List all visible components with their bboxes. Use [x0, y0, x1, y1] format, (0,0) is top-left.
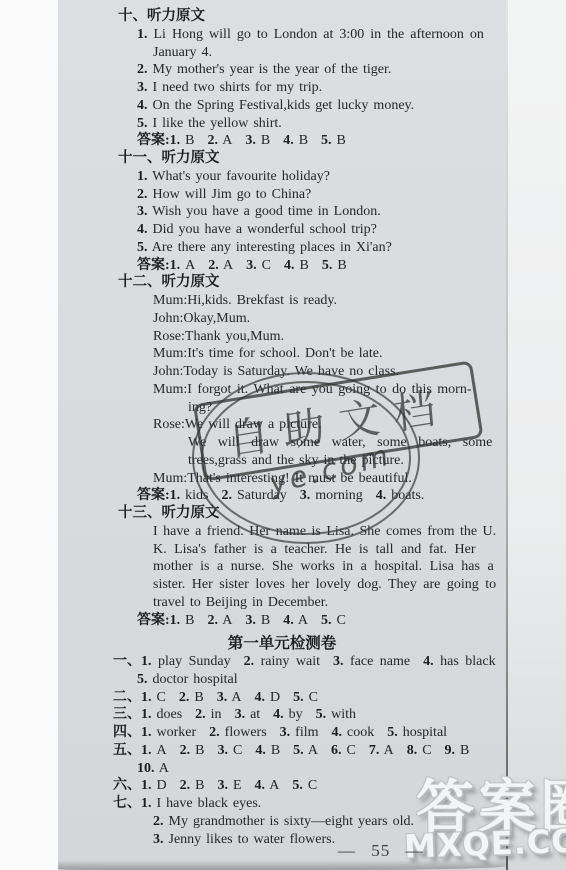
doc-line: 六、1. D2. B3. E4. A5. C	[113, 777, 506, 795]
doc-line: 十、听力原文	[118, 8, 506, 26]
doc-line: 七、1. I have black eyes.	[113, 795, 506, 813]
doc-line: 3. I need two shirts for my trip.	[137, 79, 506, 97]
page-edge-line	[506, 0, 508, 870]
doc-line: 十三、听力原文	[118, 505, 506, 523]
doc-line: 3. Jenny likes to water flowers.	[153, 831, 506, 849]
document-lines: 十、听力原文1. Li Hong will go to London at 3:…	[58, 8, 506, 848]
doc-line: 2. My grandmother is sixty—eight years o…	[153, 813, 506, 831]
doc-line: 十二、听力原文	[118, 274, 506, 292]
doc-line: 答案:1. B2. A3. B4. B5. B	[137, 132, 506, 150]
doc-line: 五、1. A2. B3. C4. B5. A6. C7. A8. C9. B	[113, 742, 506, 760]
doc-line: Mum:Hi,kids. Brekfast is ready.	[153, 292, 506, 310]
doc-line: trees,grass and the sky in the picture.	[188, 452, 506, 470]
doc-line: January 4.	[153, 44, 506, 62]
doc-line: 四、1. worker2. flowers3. film4. cook5. ho…	[113, 724, 506, 742]
doc-line: Mum:That's interesting! It must be beaut…	[153, 470, 506, 488]
doc-line: John:Okay,Mum.	[153, 310, 506, 328]
doc-line: 2. My mother's year is the year of the t…	[137, 61, 506, 79]
doc-line: 1. What's your favourite holiday?	[137, 168, 506, 186]
doc-line: Rose:Thank you,Mum.	[153, 328, 506, 346]
doc-line: John:Today is Saturday. We have no class…	[153, 363, 506, 381]
doc-line: mother is a nurse. She works in a hospit…	[153, 558, 506, 576]
doc-line: Rose:We will draw a picture.	[153, 416, 506, 434]
doc-line: 4. On the Spring Festival,kids get lucky…	[137, 97, 506, 115]
doc-line: 2. How will Jim go to China?	[137, 186, 506, 204]
doc-line: 5. doctor hospital	[137, 671, 506, 689]
doc-line: 答案:1. B2. A3. B4. A5. C	[137, 612, 506, 630]
doc-line: 3. Wish you have a good time in London.	[137, 203, 506, 221]
doc-line: 5. I like the yellow shirt.	[137, 115, 506, 133]
doc-line: 4. Did you have a wonderful school trip?	[137, 221, 506, 239]
doc-line: sister. Her sister loves her lovely dog.…	[153, 576, 506, 594]
doc-line: 一、1. play Sunday2. rainy wait3. face nam…	[113, 653, 506, 671]
doc-line: 答案:1. kids2. Saturday3. morning4. boats.	[137, 487, 506, 505]
scan-right-margin	[508, 0, 566, 870]
doc-line: 二、1. C2. B3. A4. D5. C	[113, 689, 506, 707]
doc-line: Mum:I forgot it. What are you going to d…	[153, 381, 506, 399]
page-number: — 55 —	[338, 841, 424, 861]
scanned-answer-page: 十、听力原文1. Li Hong will go to London at 3:…	[0, 0, 566, 870]
doc-line: travel to Beijing in December.	[153, 594, 506, 612]
doc-line: 5. Are there any interesting places in X…	[137, 239, 506, 257]
doc-line: 10. A	[137, 760, 506, 778]
doc-line: Mum:It's time for school. Don't be late.	[153, 345, 506, 363]
doc-line: 第一单元检测卷	[58, 635, 506, 653]
doc-line: 十一、听力原文	[118, 150, 506, 168]
doc-line: ing?	[188, 399, 506, 417]
doc-line: 1. Li Hong will go to London at 3:00 in …	[137, 26, 506, 44]
doc-line: K. Lisa's father is a teacher. He is tal…	[153, 541, 506, 559]
doc-line: 三、1. does2. in3. at4. by5. with	[113, 706, 506, 724]
page-bottom-shadow	[58, 860, 506, 870]
doc-line: 答案:1. A2. A3. C4. B5. B	[137, 257, 506, 275]
doc-line: I have a friend. Her name is Lisa. She c…	[153, 523, 506, 541]
scan-left-margin	[0, 0, 58, 870]
doc-line: We will draw some water, some boats, som…	[188, 434, 506, 452]
